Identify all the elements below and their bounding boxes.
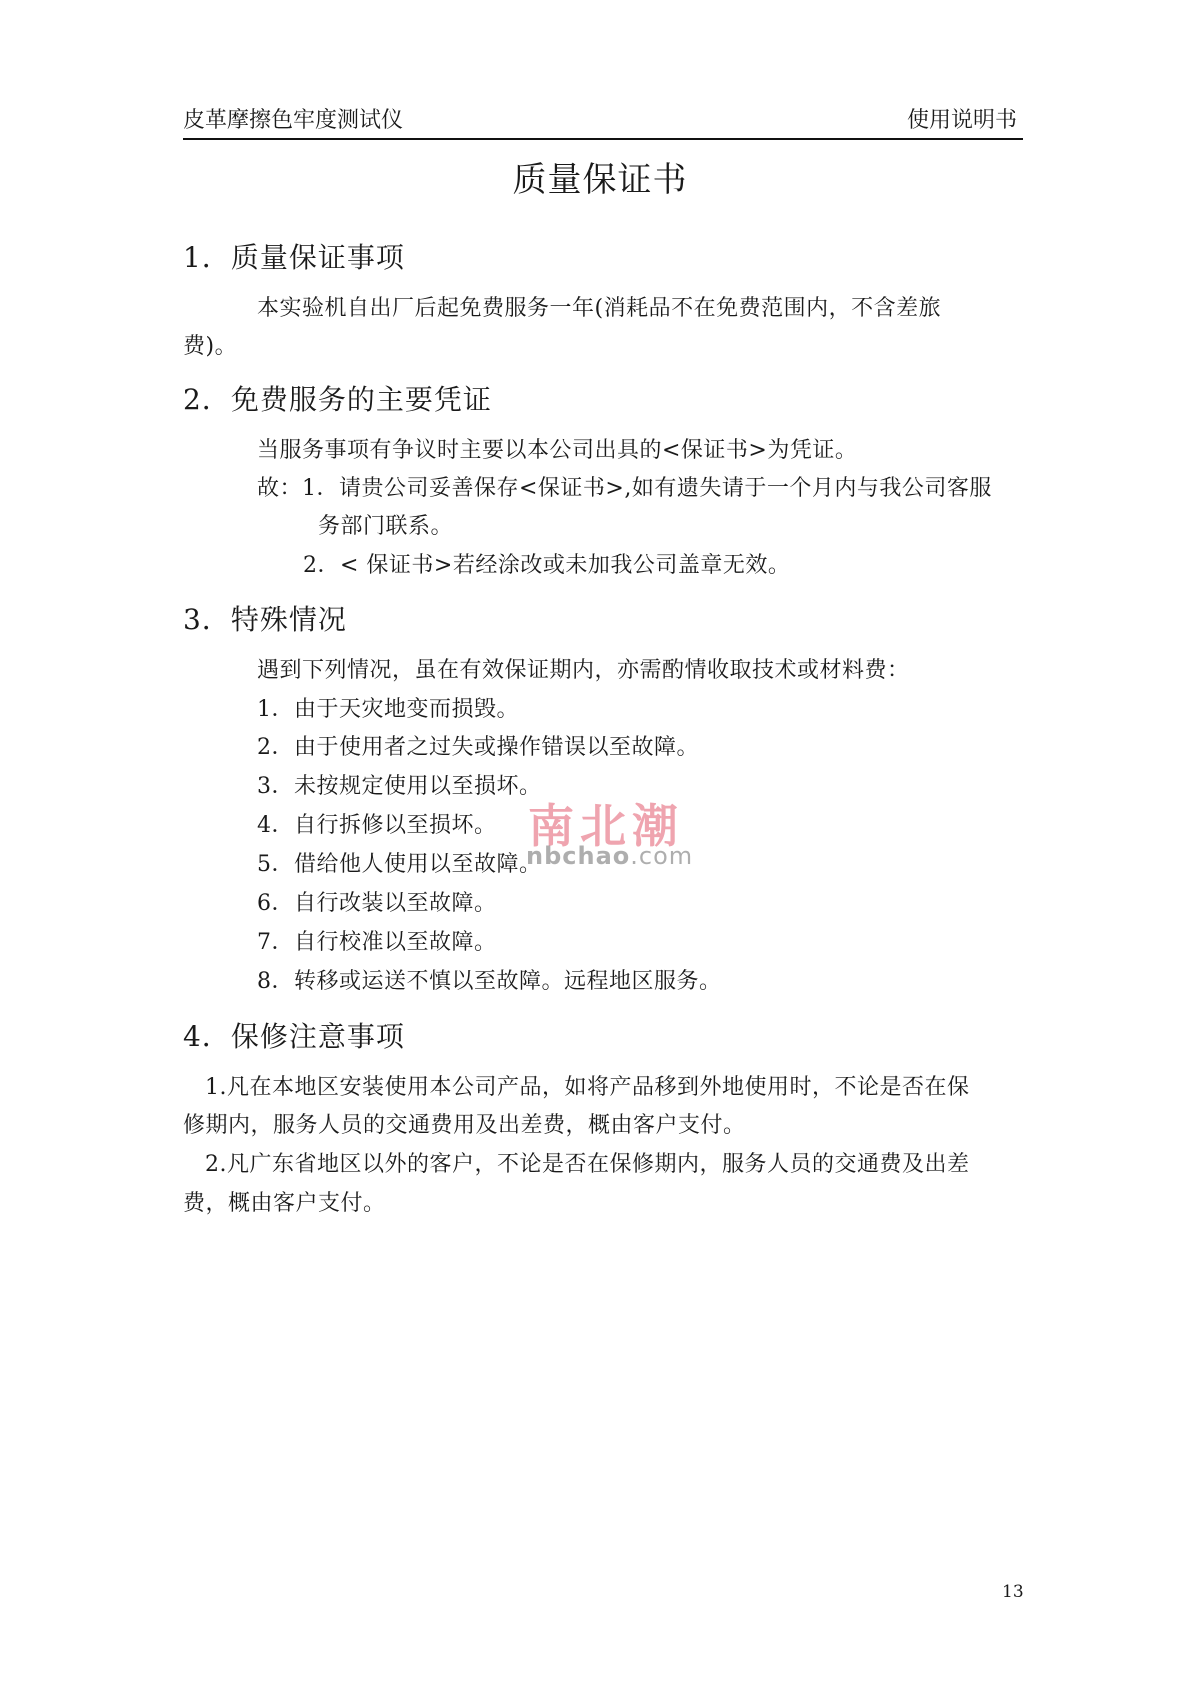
- page-header: 皮革摩擦色牢度测试仪 使用说明书: [183, 104, 1023, 140]
- header-doc-type: 使用说明书: [907, 103, 1017, 134]
- watermark-domain: nbchao.com: [526, 842, 693, 870]
- section-heading-4: 4．保修注意事项: [183, 1015, 405, 1055]
- watermark-chinese: 南北潮: [528, 790, 684, 856]
- list-item: 3．未按规定使用以至损坏。: [257, 768, 542, 806]
- watermark-domain-suffix: .com: [630, 842, 693, 870]
- list-item: 5．借给他人使用以至故障。: [257, 846, 542, 884]
- section-4-para-2-line-2: 费，概由客户支付。: [183, 1185, 386, 1223]
- list-item: 8．转移或运送不慎以至故障。远程地区服务。: [257, 963, 722, 1001]
- list-item: 2．由于使用者之过失或操作错误以至故障。: [257, 729, 699, 767]
- document-page: 皮革摩擦色牢度测试仪 使用说明书 质量保证书 1．质量保证事项 本实验机自出厂后…: [0, 0, 1200, 1697]
- section-4-para-2-line-1: 2.凡广东省地区以外的客户，不论是否在保修期内，服务人员的交通费及出差: [205, 1146, 970, 1184]
- section-3-intro: 遇到下列情况，虽在有效保证期内，亦需酌情收取技术或材料费：: [257, 652, 910, 690]
- section-4-para-1-line-1: 1.凡在本地区安装使用本公司产品，如将产品移到外地使用时，不论是否在保: [205, 1069, 970, 1107]
- section-4-para-1-line-2: 修期内，服务人员的交通费用及出差费，概由客户支付。: [183, 1107, 746, 1145]
- section-1-para-line-2: 费)。: [183, 328, 237, 366]
- watermark-domain-name: nbchao: [526, 842, 630, 870]
- section-2-para-1: 当服务事项有争议时主要以本公司出具的<保证书>为凭证。: [257, 432, 857, 470]
- section-heading-2: 2．免费服务的主要凭证: [183, 378, 492, 418]
- list-item: 7．自行校准以至故障。: [257, 924, 497, 962]
- section-heading-3: 3．特殊情况: [183, 598, 347, 638]
- section-2-para-3: 2．< 保证书>若经涂改或未加我公司盖章无效。: [303, 547, 790, 585]
- section-2-para-2-line-1: 故：1．请贵公司妥善保存<保证书>,如有遗失请于一个月内与我公司客服: [257, 470, 992, 508]
- list-item: 6．自行改装以至故障。: [257, 885, 497, 923]
- list-item: 1．由于天灾地变而损毁。: [257, 691, 519, 729]
- list-item: 4．自行拆修以至损坏。: [257, 807, 497, 845]
- page-number: 13: [1002, 1582, 1024, 1602]
- watermark-logo: 南北潮 nbchao.com: [520, 790, 720, 880]
- section-heading-1: 1．质量保证事项: [183, 236, 405, 276]
- section-2-para-2-line-2: 务部门联系。: [318, 508, 453, 546]
- section-1-para-line-1: 本实验机自出厂后起免费服务一年(消耗品不在免费范围内，不含差旅: [257, 290, 941, 328]
- page-title: 质量保证书: [0, 152, 1200, 201]
- header-product-name: 皮革摩擦色牢度测试仪: [183, 103, 403, 134]
